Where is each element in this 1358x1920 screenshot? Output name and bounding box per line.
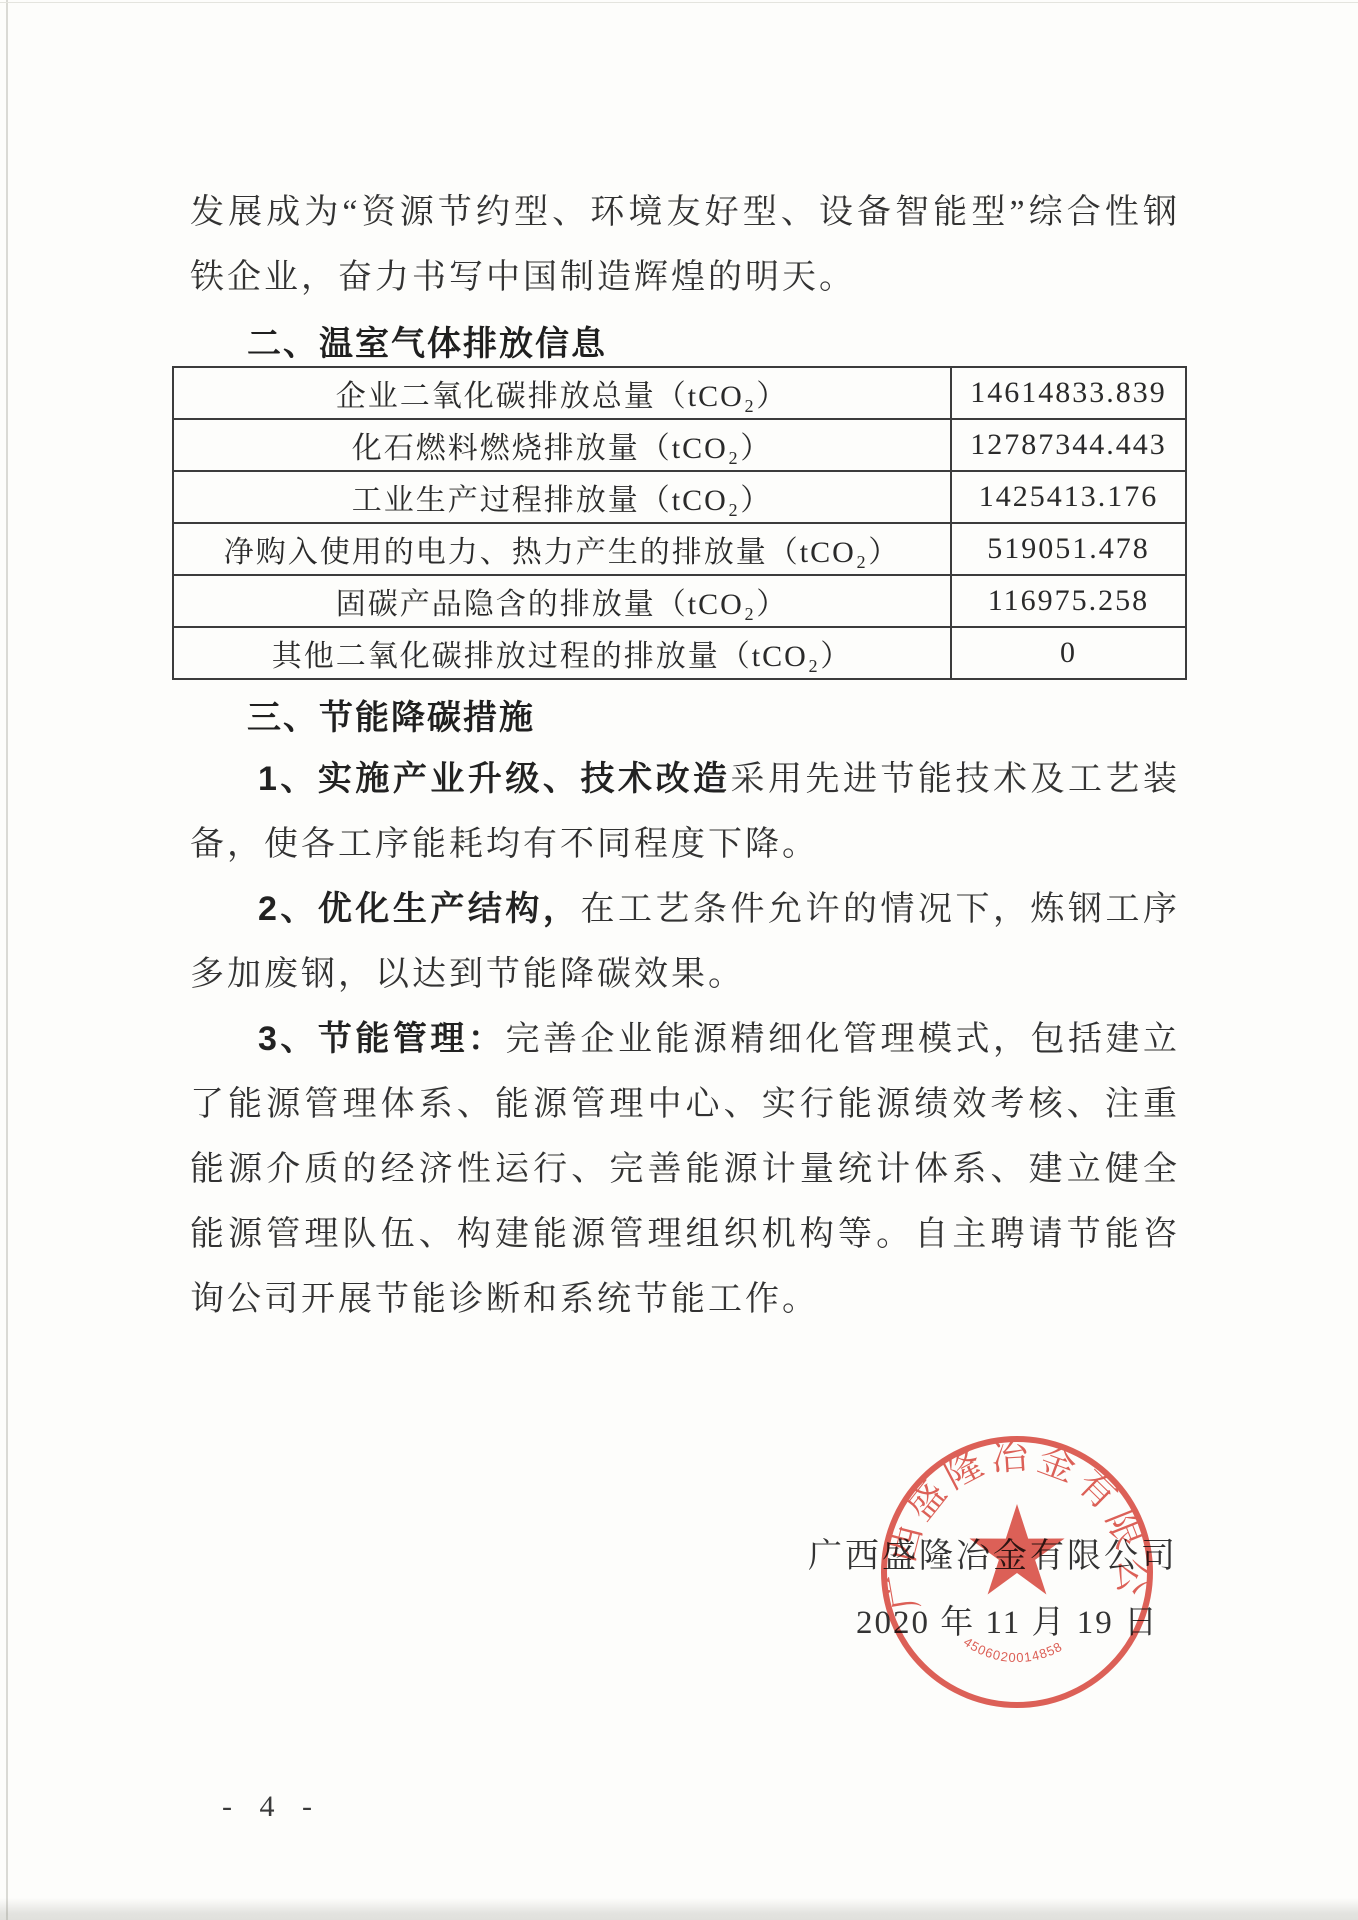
scan-bottom-shadow <box>0 1898 1358 1920</box>
emission-value-cell: 519051.478 <box>951 523 1186 575</box>
measure-body: 完善企业能源精细化管理模式，包括建立了能源管理体系、能源管理中心、实行能源绩效考… <box>190 1021 1180 1318</box>
seal-arc-text-holder: 广西盛隆冶金有限公司 <box>876 1420 1154 1613</box>
intro-paragraph: 发展成为“资源节约型、环境友好型、设备智能型”综合性钢铁企业，奋力书写中国制造辉… <box>190 180 1180 310</box>
emission-value-cell: 1425413.176 <box>951 471 1186 523</box>
table-row: 企业二氧化碳排放总量（tCO₂） 14614833.839 <box>173 367 1186 419</box>
emission-value-cell: 0 <box>951 627 1186 679</box>
emission-label-cell: 净购入使用的电力、热力产生的排放量（tCO₂） <box>173 523 951 575</box>
paragraph-text: 发展成为“资源节约型、环境友好型、设备智能型”综合性钢铁企业，奋力书写中国制造辉… <box>190 180 1180 310</box>
scanned-document-page: { "page": { "number_label": "- 4 -" }, "… <box>0 0 1358 1920</box>
seal-company-arc-text: 广西盛隆冶金有限公司 <box>876 1420 1154 1613</box>
measure-lead: 1、实施产业升级、技术改造 <box>258 760 730 798</box>
emission-value-cell: 12787344.443 <box>951 419 1186 471</box>
signature-company-name: 广西盛隆冶金有限公司 <box>808 1528 1178 1577</box>
measure-item: 2、优化生产结构，在工艺条件允许的情况下，炼钢工序多加废钢，以达到节能降碳效果。 <box>190 877 1180 1007</box>
measure-item: 3、节能管理：完善企业能源精细化管理模式，包括建立了能源管理体系、能源管理中心、… <box>190 1007 1180 1332</box>
measure-lead: 2、优化生产结构， <box>258 890 580 928</box>
ghg-emissions-table: 企业二氧化碳排放总量（tCO₂） 14614833.839 化石燃料燃烧排放量（… <box>172 366 1187 680</box>
table-row: 固碳产品隐含的排放量（tCO₂） 116975.258 <box>173 575 1186 627</box>
scan-edge-line <box>0 2 1358 3</box>
scan-edge-line <box>6 0 8 1920</box>
signature-date: 2020 年 11 月 19 日 <box>856 1596 1159 1643</box>
emission-value-cell: 14614833.839 <box>951 367 1186 419</box>
emission-label-cell: 化石燃料燃烧排放量（tCO₂） <box>173 419 951 471</box>
emission-label-cell: 固碳产品隐含的排放量（tCO₂） <box>173 575 951 627</box>
section-heading-ghg: 二、温室气体排放信息 <box>247 316 607 365</box>
page-number: - 4 - <box>222 1790 322 1824</box>
table-row: 其他二氧化碳排放过程的排放量（tCO₂） 0 <box>173 627 1186 679</box>
table-row: 净购入使用的电力、热力产生的排放量（tCO₂） 519051.478 <box>173 523 1186 575</box>
emission-value-cell: 116975.258 <box>951 575 1186 627</box>
measures-paragraphs: 1、实施产业升级、技术改造采用先进节能技术及工艺装备，使各工序能耗均有不同程度下… <box>190 747 1180 1332</box>
section-heading-measures: 三、节能降碳措施 <box>247 690 535 739</box>
emission-label-cell: 其他二氧化碳排放过程的排放量（tCO₂） <box>173 627 951 679</box>
table-row: 工业生产过程排放量（tCO₂） 1425413.176 <box>173 471 1186 523</box>
measure-item: 1、实施产业升级、技术改造采用先进节能技术及工艺装备，使各工序能耗均有不同程度下… <box>190 747 1180 877</box>
emission-label-cell: 工业生产过程排放量（tCO₂） <box>173 471 951 523</box>
emission-label-cell: 企业二氧化碳排放总量（tCO₂） <box>173 367 951 419</box>
table-row: 化石燃料燃烧排放量（tCO₂） 12787344.443 <box>173 419 1186 471</box>
measure-lead: 3、节能管理： <box>258 1020 505 1058</box>
